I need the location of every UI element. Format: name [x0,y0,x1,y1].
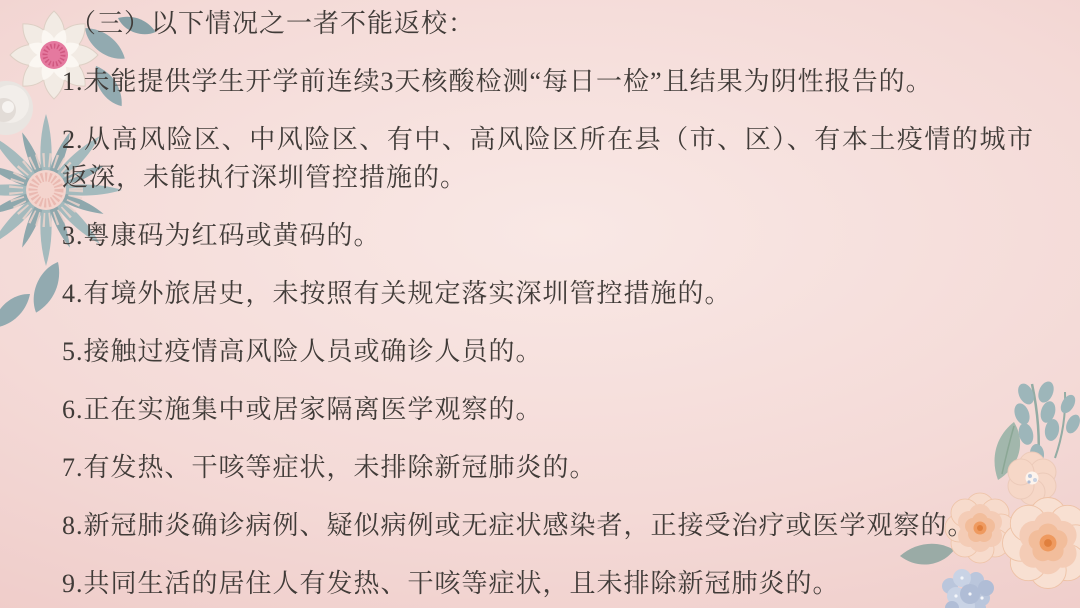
rule-item-6: 6.正在实施集中或居家隔离医学观察的。 [62,391,1034,429]
presentation-slide: （三）以下情况之一者不能返校： 1.未能提供学生开学前连续3天核酸检测“每日一检… [0,0,1080,608]
rule-item-3: 3.粤康码为红码或黄码的。 [62,217,1034,255]
rule-item-5: 5.接触过疫情高风险人员或确诊人员的。 [62,333,1034,371]
rule-item-8: 8.新冠肺炎确诊病例、疑似病例或无症状感染者，正接受治疗或医学观察的。 [62,507,1034,545]
section-heading: （三）以下情况之一者不能返校： [70,5,1034,43]
slide-content: （三）以下情况之一者不能返校： 1.未能提供学生开学前连续3天核酸检测“每日一检… [62,5,1034,603]
rule-item-7: 7.有发热、干咳等症状，未排除新冠肺炎的。 [62,449,1034,487]
rule-item-2: 2.从高风险区、中风险区、有中、高风险区所在县（市、区）、有本土疫情的城市返深，… [62,121,1034,197]
rule-item-4: 4.有境外旅居史，未按照有关规定落实深圳管控措施的。 [62,275,1034,313]
white-rose-flower [0,81,33,135]
rule-item-1: 1.未能提供学生开学前连续3天核酸检测“每日一检”且结果为阴性报告的。 [62,63,1034,101]
rule-item-9: 9.共同生活的居住人有发热、干咳等症状，且未排除新冠肺炎的。 [62,565,1034,603]
